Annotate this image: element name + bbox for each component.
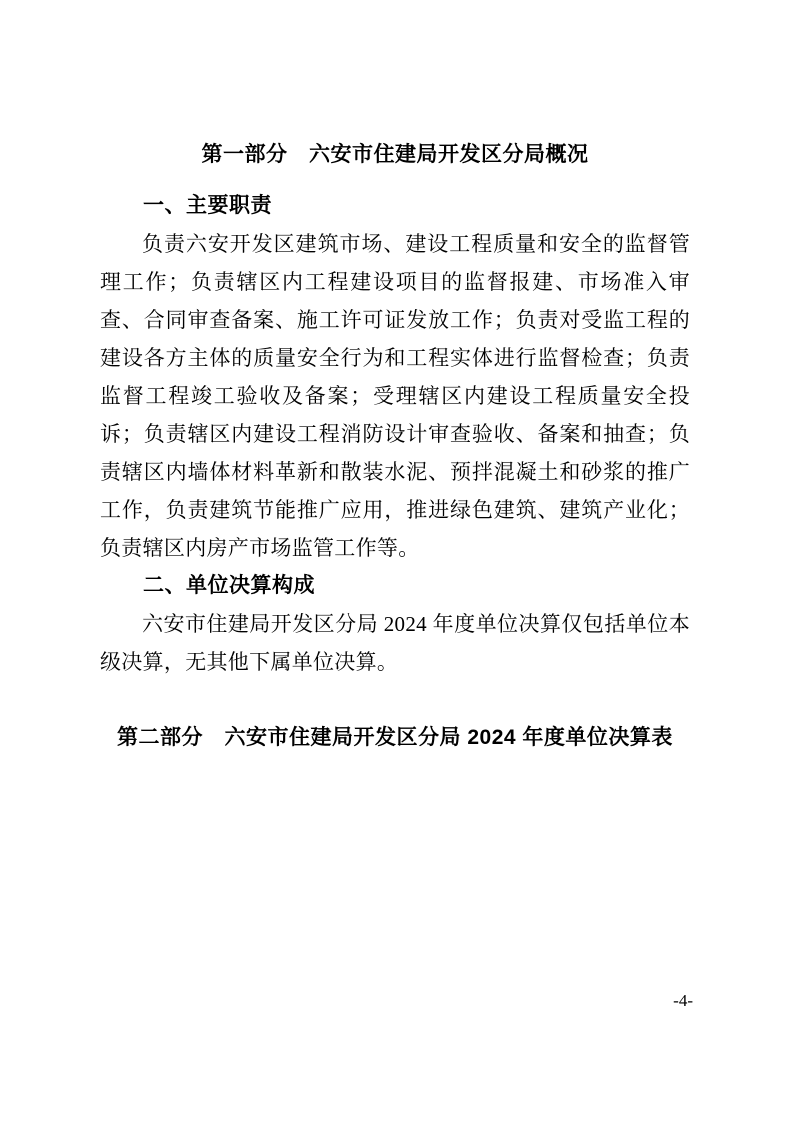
part1-title: 第一部分 六安市住建局开发区分局概况 bbox=[100, 140, 690, 170]
section1-heading: 一、主要职责 bbox=[100, 187, 690, 225]
section2-body-paragraph: 六安市住建局开发区分局 2024 年度单位决算仅包括单位本级决算，无其他下属单位… bbox=[100, 605, 690, 681]
part2-title: 第二部分 六安市住建局开发区分局 2024 年度单位决算表 bbox=[100, 723, 690, 753]
page-number: -4- bbox=[673, 991, 693, 1011]
section1-body-paragraph: 负责六安开发区建筑市场、建设工程质量和安全的监督管理工作；负责辖区内工程建设项目… bbox=[100, 225, 690, 567]
section2-heading: 二、单位决算构成 bbox=[100, 567, 690, 605]
document-page: 第一部分 六安市住建局开发区分局概况 一、主要职责 负责六安开发区建筑市场、建设… bbox=[0, 0, 793, 1122]
document-content: 第一部分 六安市住建局开发区分局概况 一、主要职责 负责六安开发区建筑市场、建设… bbox=[0, 0, 793, 753]
